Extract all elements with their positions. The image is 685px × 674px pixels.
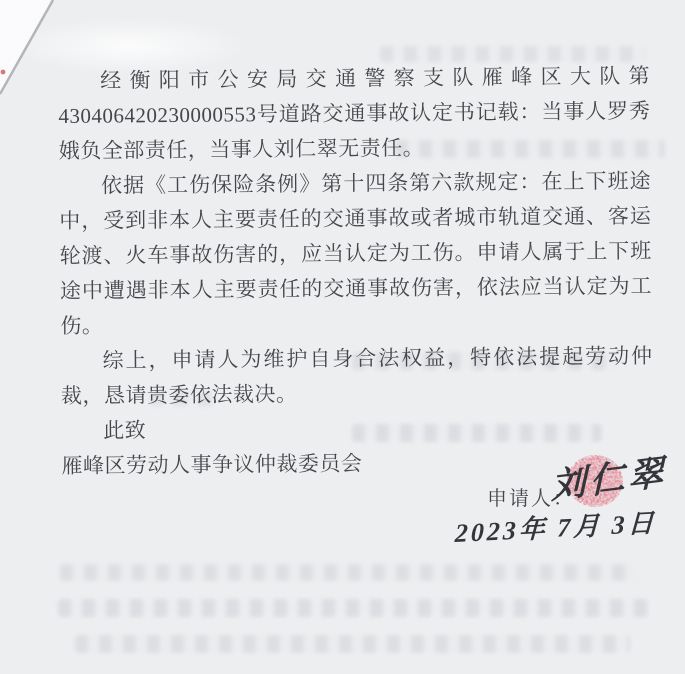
document-body: 经衡阳市公安局交通警察支队雁峰区大队第430406420230000553号道路… <box>58 59 654 484</box>
bleed-through-artifact <box>58 599 648 617</box>
signature-date: 2023年 7月 3日 <box>454 502 657 550</box>
bleed-through-artifact <box>60 564 635 581</box>
bleed-through-artifact <box>75 635 630 653</box>
red-speck <box>1 70 6 75</box>
scanned-document-page: 经衡阳市公安局交通警察支队雁峰区大队第430406420230000553号道路… <box>0 0 685 674</box>
paragraph-accident-finding: 经衡阳市公安局交通警察支队雁峰区大队第430406420230000553号道路… <box>58 59 651 169</box>
salutation: 此致 <box>61 409 653 449</box>
scan-corner-edge <box>0 0 60 100</box>
paragraph-regulation-basis: 依据《工伤保险条例》第十四条第六款规定：在上下班途中，受到非本人主要责任的交通事… <box>59 164 653 344</box>
paragraph-conclusion: 综上，申请人为维护自身合法权益，特依法提起劳动仲裁，恳请贵委依法裁决。 <box>60 339 653 414</box>
